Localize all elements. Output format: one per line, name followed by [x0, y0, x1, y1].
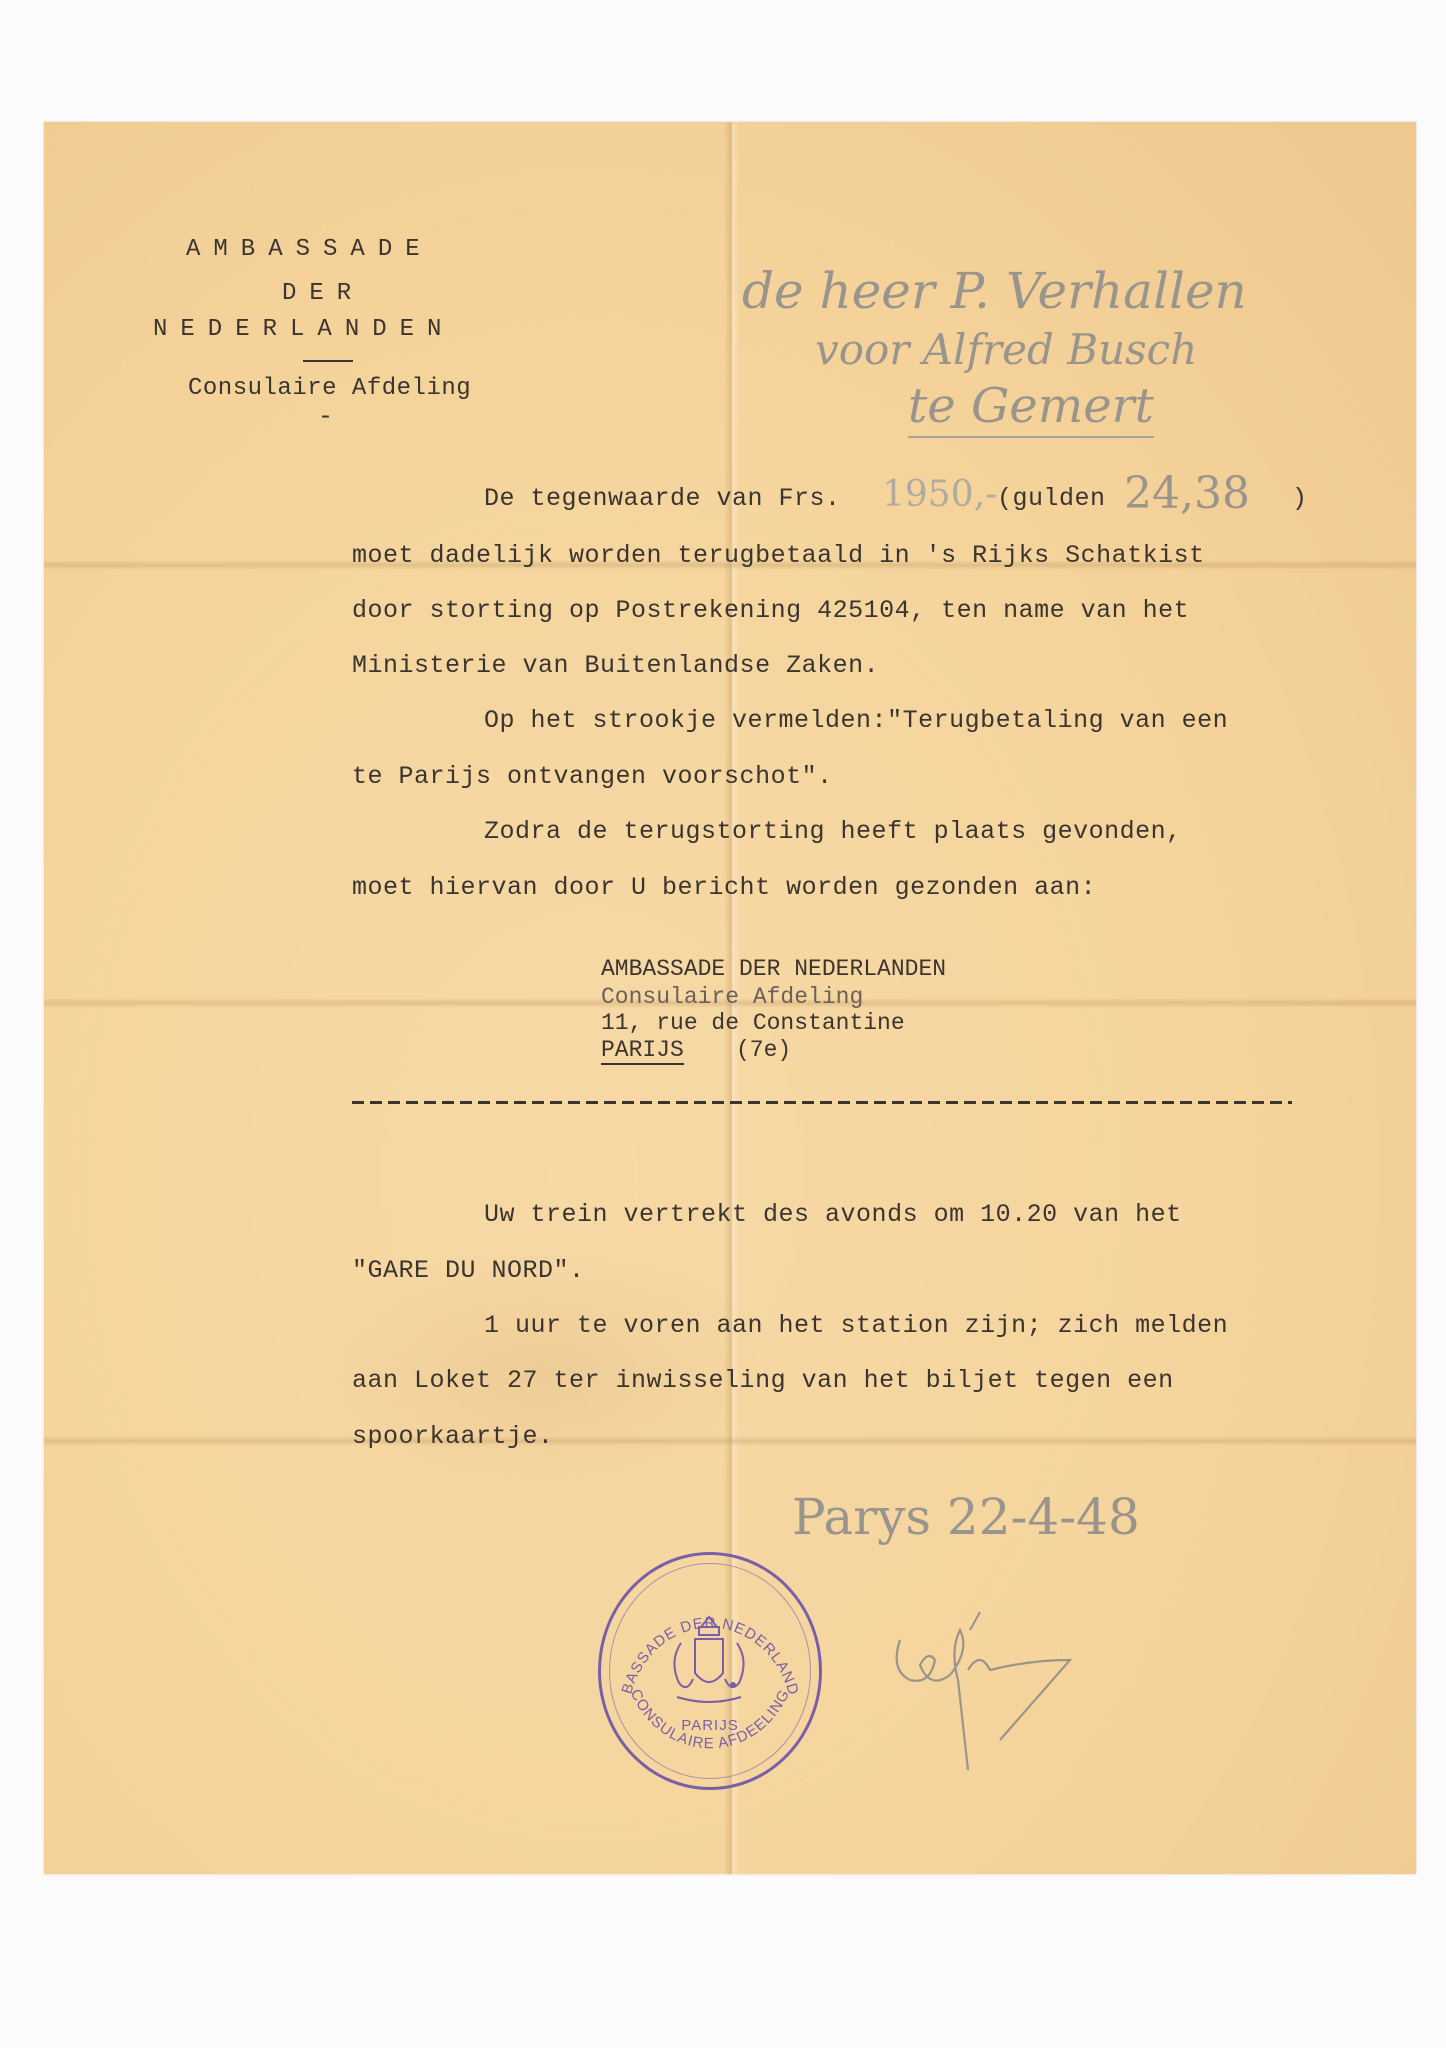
recipient-line2: voor Alfred Busch — [815, 325, 1197, 374]
address-city: PARIJS — [601, 1037, 684, 1065]
letterhead-line3: NEDERLANDEN — [153, 316, 454, 343]
gulden-label: (gulden — [997, 484, 1106, 513]
address-line1: AMBASSADE DER NEDERLANDEN — [601, 956, 946, 982]
body-line: Uw trein vertrekt des avonds om 10.20 va… — [484, 1200, 1182, 1229]
body-line: 1 uur te voren aan het station zijn; zic… — [484, 1311, 1228, 1340]
handwritten-date: Parys 22-4-48 — [792, 1488, 1140, 1546]
amount-gulden: 24,38 — [1124, 468, 1250, 519]
department-label: Consulaire Afdeling — [188, 375, 471, 402]
body-line: spoorkaartje. — [352, 1422, 554, 1451]
letterhead-line1: AMBASSADE — [186, 236, 433, 263]
recipient-line1: de heer P. Verhallen — [742, 262, 1247, 320]
stamp-city: PARIJS — [601, 1717, 819, 1734]
body-line: Zodra de terugstorting heeft plaats gevo… — [484, 817, 1182, 846]
signature — [880, 1590, 1180, 1790]
body-line: Op het strookje vermelden:"Terugbetaling… — [484, 706, 1228, 735]
coat-of-arms-icon — [659, 1613, 759, 1713]
body-line-amount: De tegenwaarde van Frs. — [484, 484, 841, 513]
consular-stamp: AMBASSADE DER NEDERLANDEN CONSULAIRE AFD… — [598, 1552, 822, 1790]
letterhead-rule — [303, 360, 353, 362]
amount-prefix: De tegenwaarde van Frs. — [484, 484, 841, 513]
body-line: door storting op Postrekening 425104, te… — [352, 596, 1189, 625]
gulden-close: ) — [1292, 484, 1308, 513]
amount-francs: 1950,- — [882, 474, 997, 515]
body-line: aan Loket 27 ter inwisseling van het bil… — [352, 1366, 1174, 1395]
body-line: moet dadelijk worden terugbetaald in 's … — [352, 541, 1205, 570]
recipient-line3: te Gemert — [908, 378, 1154, 438]
address-line3: 11, rue de Constantine — [601, 1010, 905, 1036]
body-line: moet hiervan door U bericht worden gezon… — [352, 873, 1096, 902]
dashed-separator — [352, 1101, 1292, 1104]
letterhead-dash: - — [318, 402, 334, 431]
body-line: te Parijs ontvangen voorschot". — [352, 762, 833, 791]
letterhead-line2: DER — [282, 280, 364, 307]
body-line: Ministerie van Buitenlandse Zaken. — [352, 651, 879, 680]
address-district: (7e) — [736, 1037, 791, 1063]
address-line2: Consulaire Afdeling — [601, 984, 863, 1010]
body-line: "GARE DU NORD". — [352, 1256, 585, 1285]
